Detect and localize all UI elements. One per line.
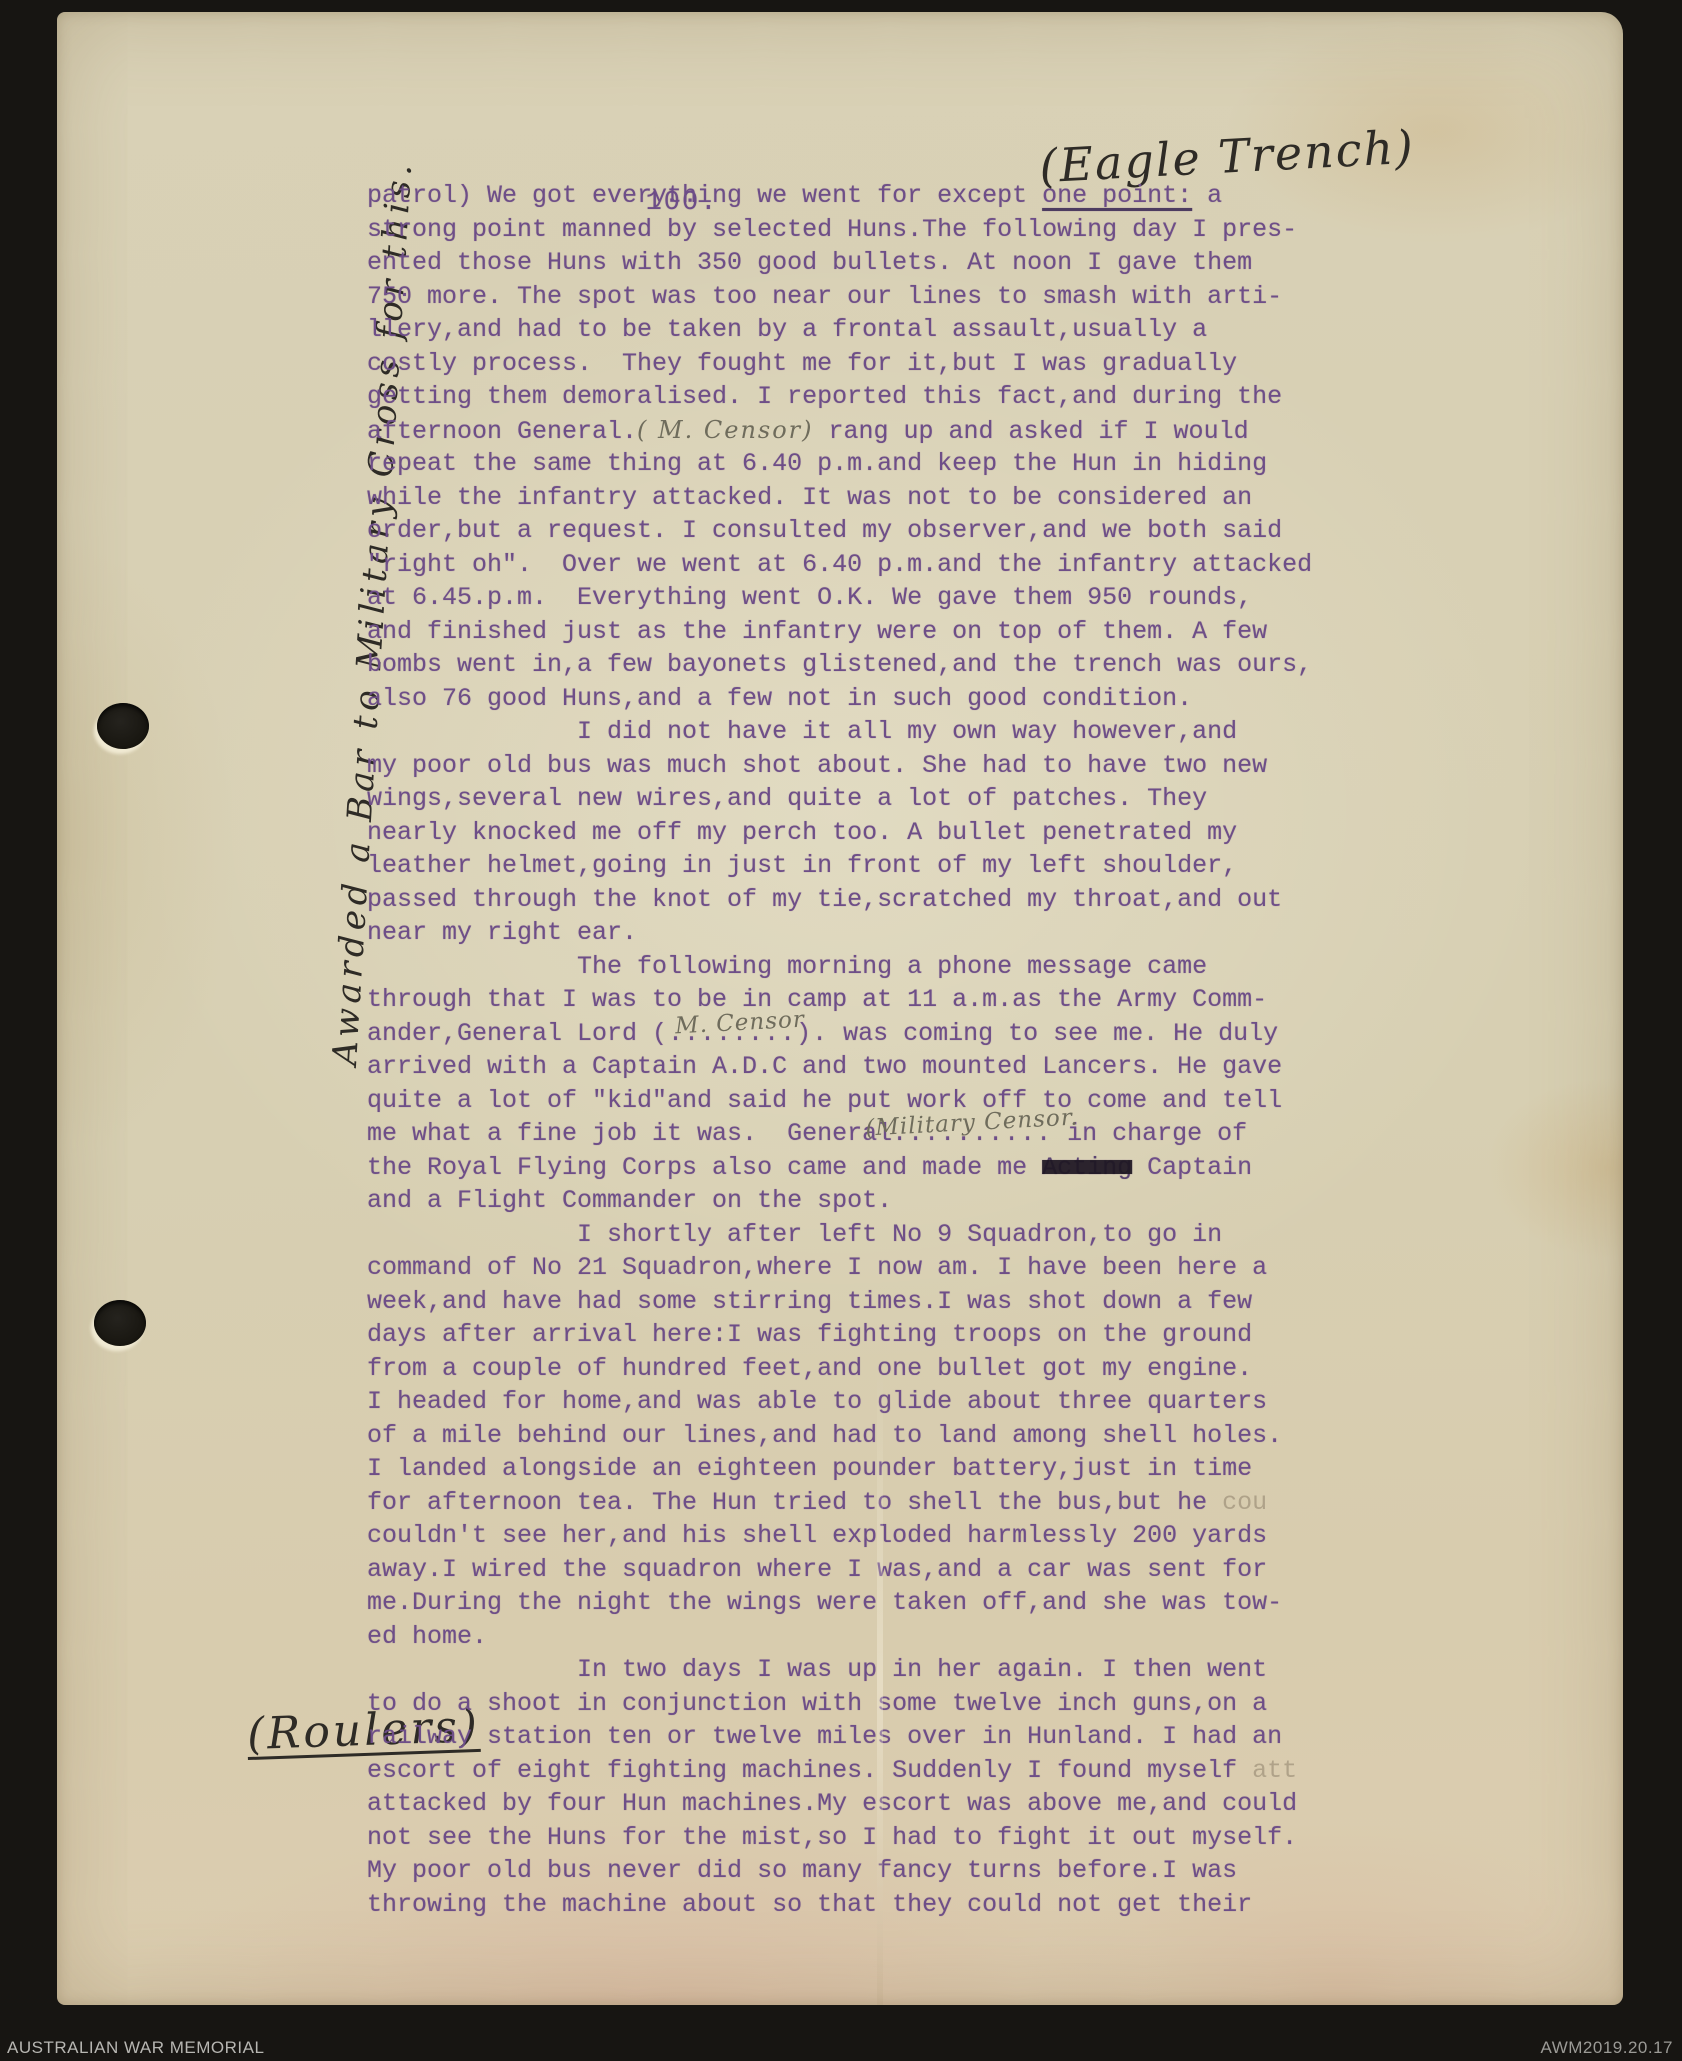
typed-line: couldn't see her,and his shell exploded … [367, 1519, 1367, 1553]
punch-hole-bottom [94, 1300, 146, 1346]
typed-line: for afternoon tea. The Hun tried to shel… [367, 1486, 1367, 1520]
typed-line: the Royal Flying Corps also came and mad… [367, 1151, 1367, 1185]
typed-line: escort of eight fighting machines. Sudde… [367, 1754, 1367, 1788]
typed-line: passed through the knot of my tie,scratc… [367, 883, 1367, 917]
typed-line: ented those Huns with 350 good bullets. … [367, 246, 1367, 280]
censored-passage: (........).M. Censor [652, 1017, 828, 1051]
typed-line: "right oh". Over we went at 6.40 p.m.and… [367, 548, 1367, 582]
typed-line: I did not have it all my own way however… [367, 715, 1367, 749]
typed-line: my poor old bus was much shot about. She… [367, 749, 1367, 783]
typed-line: arrived with a Captain A.D.C and two mou… [367, 1050, 1367, 1084]
typed-line: while the infantry attacked. It was not … [367, 481, 1367, 515]
typed-line: away.I wired the squadron where I was,an… [367, 1553, 1367, 1587]
typed-line: ed home. [367, 1620, 1367, 1654]
archive-source-label: AUSTRALIAN WAR MEMORIAL [7, 2038, 264, 2058]
typed-line: costly process. They fought me for it,bu… [367, 347, 1367, 381]
typed-line: llery,and had to be taken by a frontal a… [367, 313, 1367, 347]
typed-line: me.During the night the wings were taken… [367, 1586, 1367, 1620]
typed-line: order,but a request. I consulted my obse… [367, 514, 1367, 548]
typed-line: from a couple of hundred feet,and one bu… [367, 1352, 1367, 1386]
typed-line: The following morning a phone message ca… [367, 950, 1367, 984]
typed-line: and finished just as the infantry were o… [367, 615, 1367, 649]
typed-line: strong point manned by selected Huns.The… [367, 213, 1367, 247]
censor-handwriting: M. Censor [674, 1003, 805, 1043]
censored-passage: ..........(Military Censor. [892, 1117, 1052, 1151]
typed-line: of a mile behind our lines,and had to la… [367, 1419, 1367, 1453]
typed-line: throwing the machine about so that they … [367, 1888, 1367, 1922]
typed-line: bombs went in,a few bayonets glistened,a… [367, 648, 1367, 682]
typed-line: and a Flight Commander on the spot. [367, 1184, 1367, 1218]
typed-line: railway station ten or twelve miles over… [367, 1720, 1367, 1754]
typed-line: command of No 21 Squadron,where I now am… [367, 1251, 1367, 1285]
typed-line: patrol) We got everything we went for ex… [367, 179, 1367, 213]
typed-line: wings,several new wires,and quite a lot … [367, 782, 1367, 816]
paper-sheet: 100. (Eagle Trench) Awarded a Bar to Mil… [57, 12, 1623, 2005]
typed-line: near my right ear. [367, 916, 1367, 950]
typed-line: getting them demoralised. I reported thi… [367, 380, 1367, 414]
typewritten-text: patrol) We got everything we went for ex… [367, 179, 1367, 1921]
typed-line: My poor old bus never did so many fancy … [367, 1854, 1367, 1888]
typed-line: ander,General Lord (........).M. Censor … [367, 1017, 1367, 1051]
typed-line: at 6.45.p.m. Everything went O.K. We gav… [367, 581, 1367, 615]
typed-line: through that I was to be in camp at 11 a… [367, 983, 1367, 1017]
typed-line: 750 more. The spot was too near our line… [367, 280, 1367, 314]
accession-number-label: AWM2019.20.17 [1541, 2038, 1674, 2058]
typed-line: I headed for home,and was able to glide … [367, 1385, 1367, 1419]
typed-line: In two days I was up in her again. I the… [367, 1653, 1367, 1687]
typed-line: I shortly after left No 9 Squadron,to go… [367, 1218, 1367, 1252]
scanned-document-view: 100. (Eagle Trench) Awarded a Bar to Mil… [0, 0, 1682, 2061]
typed-line: days after arrival here:I was fighting t… [367, 1318, 1367, 1352]
typed-line: week,and have had some stirring times.I … [367, 1285, 1367, 1319]
typed-line: to do a shoot in conjunction with some t… [367, 1687, 1367, 1721]
typed-line: me what a fine job it was. General......… [367, 1117, 1367, 1151]
typed-line: leather helmet,going in just in front of… [367, 849, 1367, 883]
typed-line: also 76 good Huns,and a few not in such … [367, 682, 1367, 716]
typed-line: attacked by four Hun machines.My escort … [367, 1787, 1367, 1821]
punch-hole-top [97, 703, 149, 749]
typed-line: nearly knocked me off my perch too. A bu… [367, 816, 1367, 850]
typed-line: not see the Huns for the mist,so I had t… [367, 1821, 1367, 1855]
typed-line: I landed alongside an eighteen pounder b… [367, 1452, 1367, 1486]
typed-line: repeat the same thing at 6.40 p.m.and ke… [367, 447, 1367, 481]
typed-line: afternoon General.( M. Censor) rang up a… [367, 414, 1367, 448]
